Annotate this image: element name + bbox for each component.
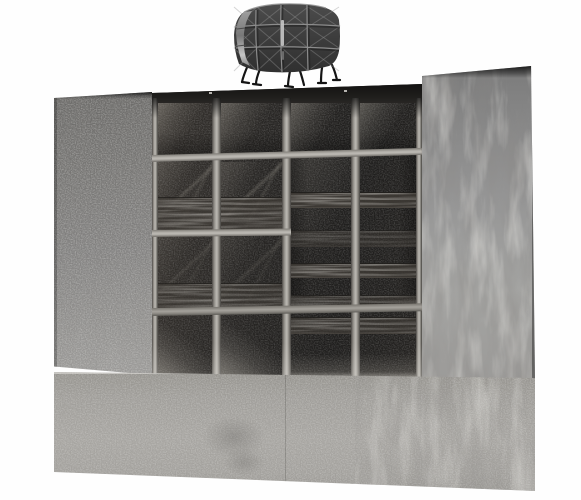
compartment-grid xyxy=(152,84,422,377)
speaker-lower-highlight xyxy=(282,51,284,60)
frame-strip-vertical xyxy=(351,98,360,377)
frame-strip-vertical xyxy=(282,98,291,377)
compartment-floor-wedge xyxy=(158,316,212,377)
compartment-ceiling-wedge xyxy=(221,103,282,155)
left-panel-top-edge xyxy=(54,92,152,99)
horn-loudspeaker xyxy=(226,1,344,93)
bottom-band-grain-texture xyxy=(54,372,535,491)
surface-smudge xyxy=(214,442,274,482)
compartment-floor-wedge xyxy=(221,316,282,377)
bottom-plywood-band xyxy=(54,372,535,491)
compartment-ceiling-wedge xyxy=(360,103,416,155)
right-panel-top-edge xyxy=(422,66,535,82)
frame-strip-vertical xyxy=(416,98,422,377)
frame-strip-vertical xyxy=(152,98,158,377)
left-panel-side-edge xyxy=(54,92,57,375)
compartment-ceiling-wedge xyxy=(158,103,212,155)
frame-strip-horizontal xyxy=(152,229,291,237)
frame-strip-vertical xyxy=(212,98,221,377)
nail-speck xyxy=(344,90,347,92)
left-plywood-panel xyxy=(54,92,152,375)
left-panel-grain-texture xyxy=(54,92,152,375)
right-panel-grain-texture xyxy=(422,66,535,378)
plywood-seam xyxy=(285,374,286,493)
right-plywood-panel xyxy=(422,66,535,378)
nail-speck xyxy=(209,92,212,94)
compartment-ceiling-wedge xyxy=(291,103,351,155)
photo-plywood-wall-installation xyxy=(0,0,581,500)
right-panel-side-edge xyxy=(532,66,535,378)
speaker-center-highlight xyxy=(281,20,284,46)
